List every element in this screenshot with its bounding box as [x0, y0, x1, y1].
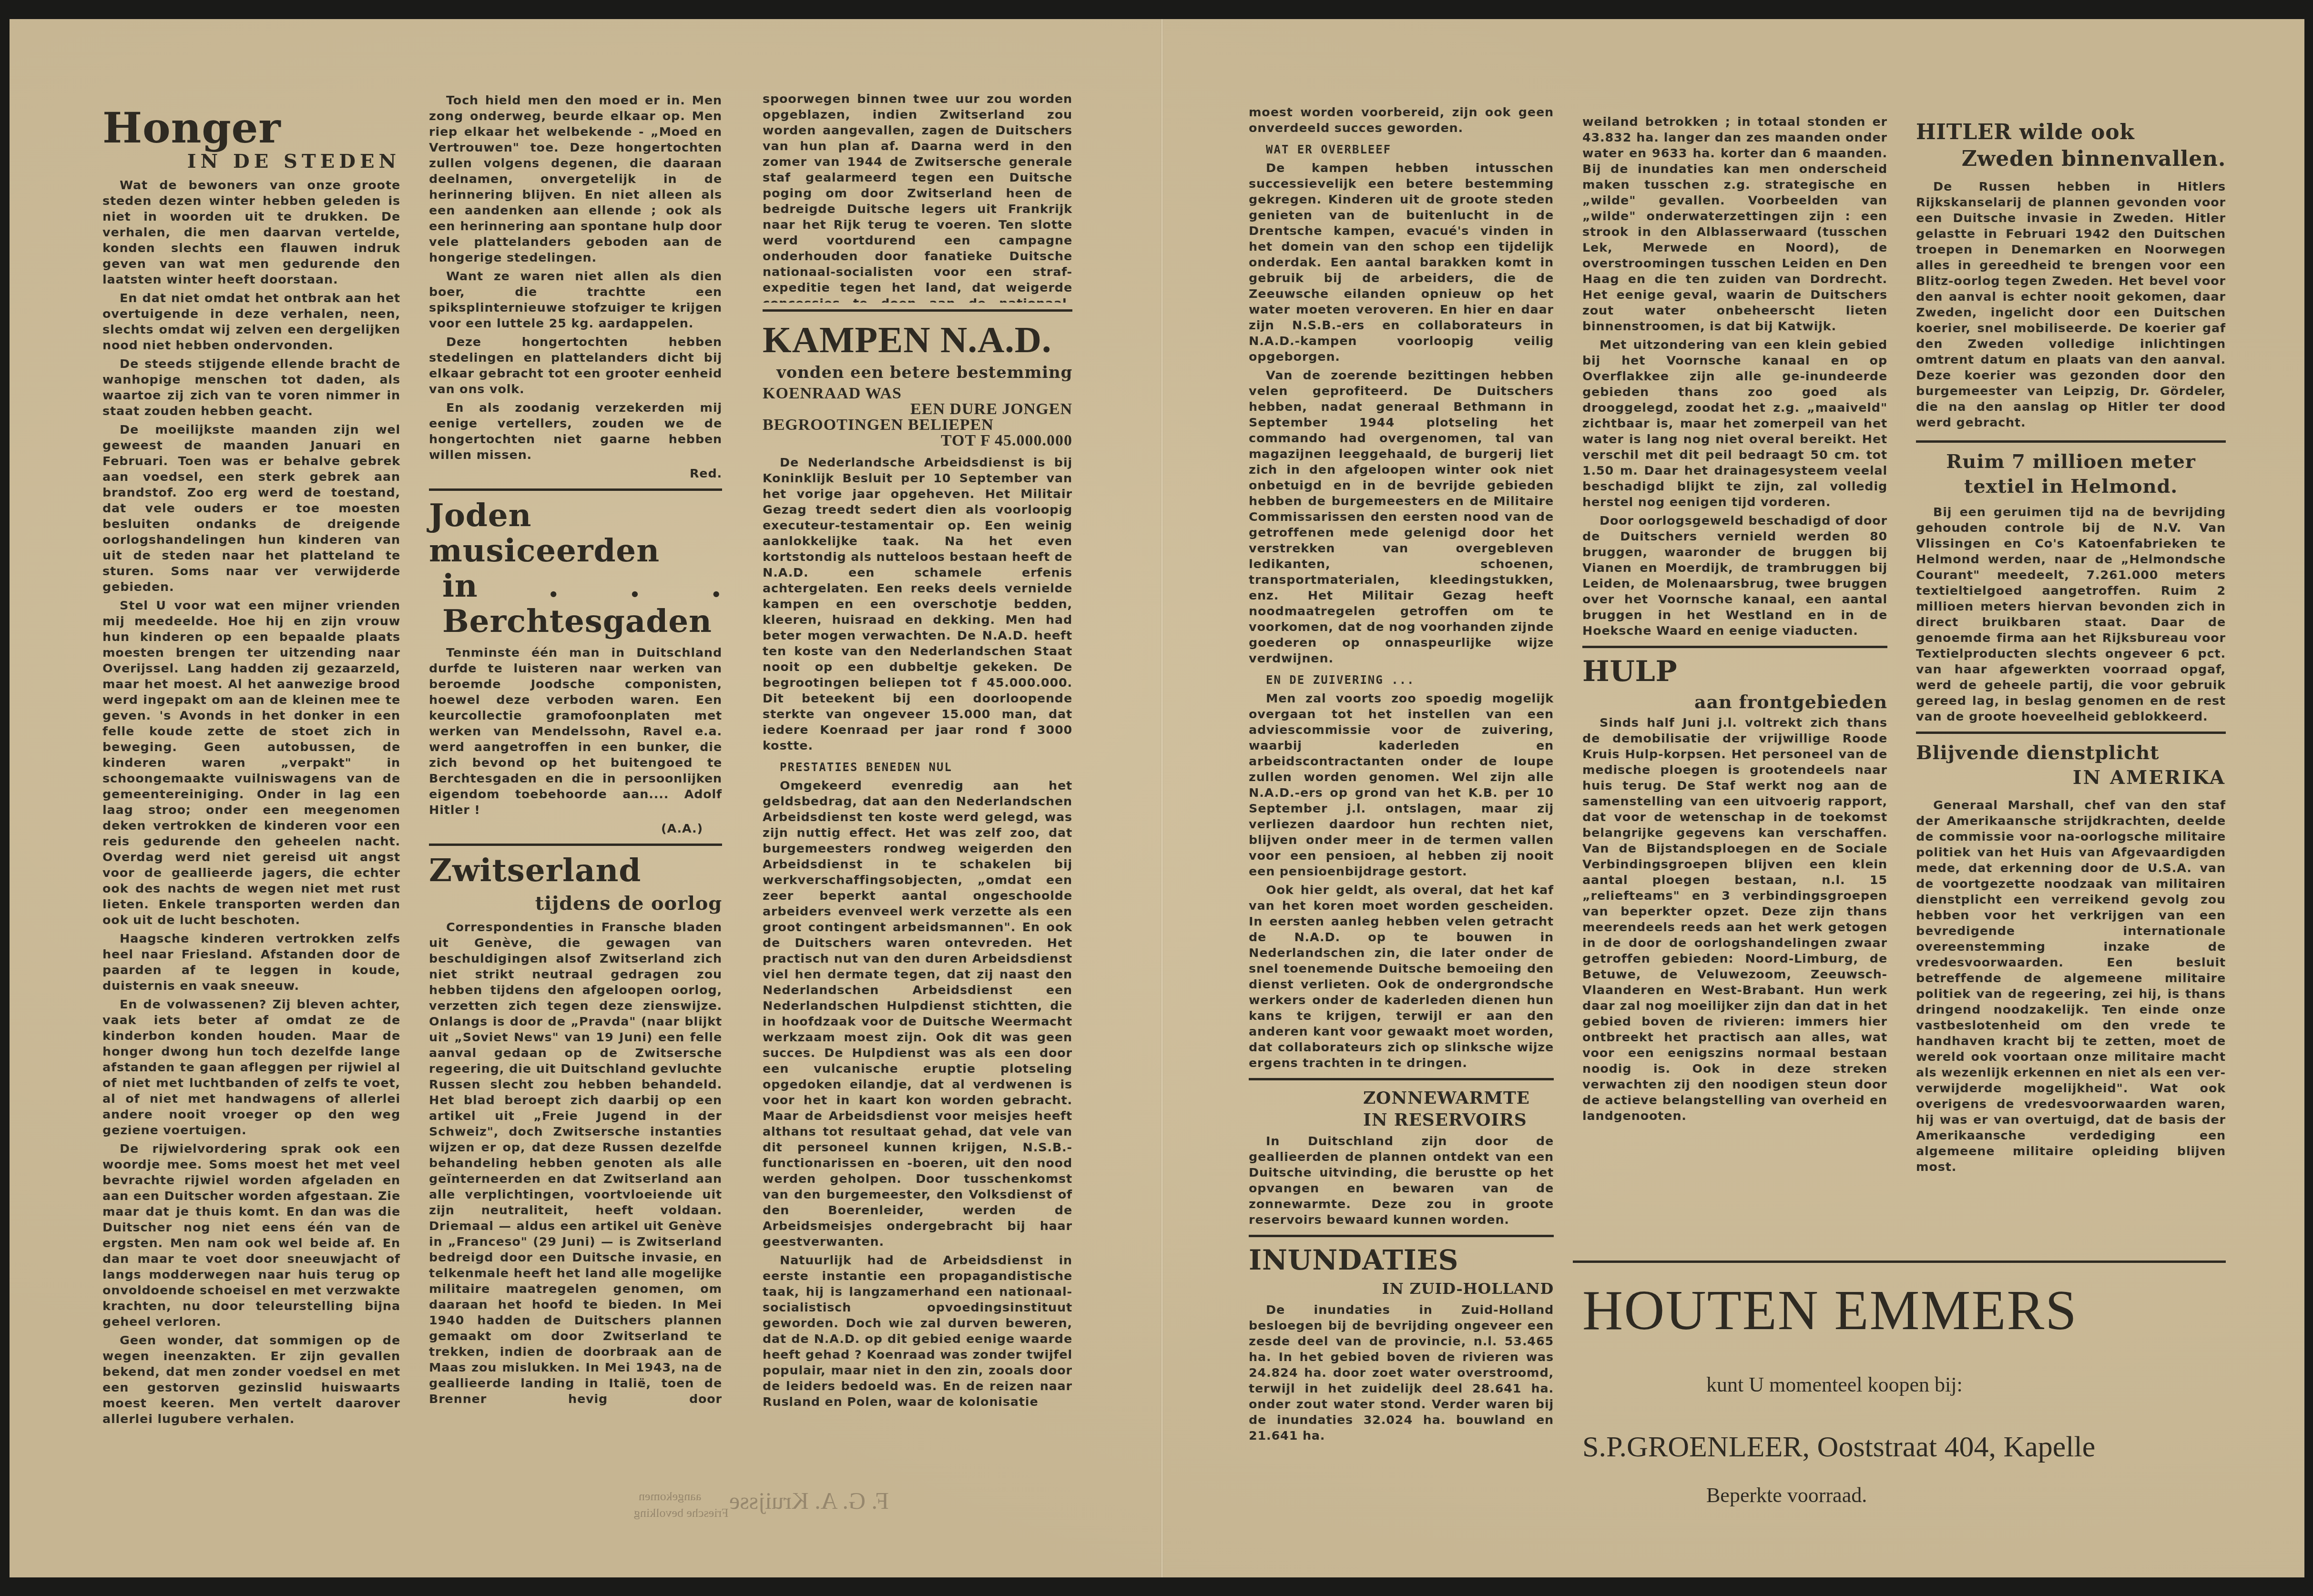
subheadline-in-de-steden: IN DE STEDEN: [102, 153, 400, 169]
paragraph: Sinds half Juni j.l. voltrekt zich thans…: [1582, 715, 1887, 1124]
headline-zonnewarmte: ZONNEWARMTE IN RESERVOIRS: [1249, 1087, 1554, 1131]
paragraph: Tenminste één man in Duitschland durfde …: [429, 645, 722, 818]
paragraph: De Nederlandsche Arbeidsdienst is bij Ko…: [763, 455, 1072, 754]
paragraph: Geen wonder, dat sommigen op de wegen in…: [102, 1333, 400, 1427]
paragraph: Wat de bewoners van onze groote steden d…: [102, 178, 400, 288]
stamp-bleedthrough: F. G. A. Kruijsse: [729, 1487, 889, 1515]
divider: [1916, 440, 2226, 443]
paragraph: Generaal Marshall, chef van den staf der…: [1916, 798, 2226, 1175]
subhead-prestaties-beneden-nul: PRESTATIES BENEDEN NUL: [780, 760, 1072, 775]
subhead-en-de-zuivering: EN DE ZUIVERING ...: [1266, 672, 1554, 688]
advertisement-houten-emmers: HOUTEN EMMERS kunt U momenteel koopen bi…: [1573, 1261, 2226, 1507]
deck-line-3: BEGROOTINGEN BELIEPEN: [763, 417, 1072, 433]
divider: [1249, 1078, 1554, 1080]
divider: [1573, 1261, 2226, 1263]
paragraph: Van de zoerende bezittingen hebben velen…: [1249, 368, 1554, 667]
deck-line-4: TOT F 45.000.000: [763, 433, 1072, 448]
divider: [1249, 1235, 1554, 1237]
headline-hitler-line1: HITLER wilde ook: [1916, 119, 2226, 146]
headline-joden-line1: Joden musiceerden: [429, 498, 722, 568]
headline-inundaties: INUNDATIES: [1249, 1244, 1554, 1276]
headline-zwitserland: Zwitserland: [429, 853, 722, 888]
paragraph: weiland betrokken ; in totaal stonden er…: [1582, 114, 1887, 335]
stamp-bleedthrough: aangekomen: [639, 1489, 701, 1504]
paragraph: Bij een geruimen tijd na de bevrijding g…: [1916, 505, 2226, 725]
paragraph: Want ze waren niet allen als dien boer, …: [429, 269, 722, 332]
paragraph: Omgekeerd evenredig aan het geldsbedrag,…: [763, 778, 1072, 1250]
column-4: moest worden voorbereid, zijn ook geen o…: [1249, 105, 1554, 1447]
ad-merchant: S.P.GROENLEER, Ooststraat 404, Kapelle: [1573, 1430, 2226, 1464]
deck-line-1: KOENRAAD WAS: [763, 386, 1072, 401]
paragraph: In Duitschland zijn door de geallieerden…: [1249, 1134, 1554, 1228]
headline-honger: Honger: [102, 105, 400, 151]
signature-aa: (A.A.): [429, 821, 722, 837]
divider: [1916, 732, 2226, 734]
divider: [763, 309, 1072, 312]
subheadline-tijdens-de-oorlog: tijdens de oorlog: [429, 895, 722, 911]
paragraph: De inundaties in Zuid-Holland besloegen …: [1249, 1302, 1554, 1444]
paragraph: Haagsche kinderen vertrokken zelfs heel …: [102, 931, 400, 994]
paragraph: Ook hier geldt, als overal, dat het kaf …: [1249, 883, 1554, 1071]
paragraph: Natuurlijk had de Arbeidsdienst in eerst…: [763, 1253, 1072, 1410]
paragraph: Met uitzondering van een klein gebied bi…: [1582, 337, 1887, 510]
paragraph-tail: Correspondenties in Fransche bladen uit …: [763, 93, 1072, 303]
headline-joden-line2: in . . . Berchtesgaden: [429, 568, 722, 639]
paragraph: Door oorlogsgeweld beschadigd of door de…: [1582, 513, 1887, 639]
divider: [429, 844, 722, 846]
paragraph: De steeds stijgende ellende bracht de wa…: [102, 356, 400, 419]
column-6: HITLER wilde ook Zweden binnenvallen. De…: [1916, 119, 2226, 1178]
headline-dienstplicht-line2: IN AMERIKA: [1916, 765, 2226, 790]
paragraph: moest worden voorbereid, zijn ook geen o…: [1249, 105, 1554, 136]
paragraph: En als zoodanig verzekerden mij eenige v…: [429, 400, 722, 463]
column-1: Honger IN DE STEDEN Wat de bewoners van …: [102, 105, 400, 1430]
paragraph: De kampen hebben intusschen successievel…: [1249, 161, 1554, 365]
paragraph: Deze hongertochten hebben stedelingen en…: [429, 335, 722, 397]
paragraph: Men zal voorts zoo spoedig mogelijk over…: [1249, 691, 1554, 880]
ad-note: Beperkte voorraad.: [1573, 1483, 2226, 1507]
column-3: Correspondenties in Fransche bladen uit …: [763, 93, 1072, 1413]
divider: [1582, 646, 1887, 648]
center-fold: [1161, 19, 1163, 1577]
stamp-bleedthrough: Friesche bevolking: [634, 1506, 729, 1520]
column-2: Toch hield men den moed er in. Men zong …: [429, 93, 722, 1409]
newspaper-sheet: Honger IN DE STEDEN Wat de bewoners van …: [10, 19, 2304, 1577]
paragraph: Toch hield men den moed er in. Men zong …: [429, 93, 722, 266]
paragraph: Stel U voor wat een mijner vrienden mij …: [102, 598, 400, 928]
subhead-wat-er-overbleef: WAT ER OVERBLEEF: [1266, 142, 1554, 158]
paragraph: De rijwielvordering sprak ook een woordj…: [102, 1141, 400, 1330]
paragraph: De Russen hebben in Hitlers Rijkskansela…: [1916, 179, 2226, 431]
paragraph: En dat niet omdat het ontbrak aan het ov…: [102, 291, 400, 354]
paragraph: Correspondenties in Fransche bladen uit …: [763, 93, 1072, 303]
signature-red: Red.: [429, 466, 722, 482]
paragraph: De moeilijkste maanden zijn wel geweest …: [102, 422, 400, 595]
column-5: weiland betrokken ; in totaal stonden er…: [1582, 114, 1887, 1127]
ad-line: kunt U momenteel koopen bij:: [1573, 1372, 2226, 1397]
headline-hulp: HULP: [1582, 655, 1887, 688]
subheadline-frontgebieden: aan frontgebieden: [1582, 694, 1887, 710]
headline-hitler-line2: Zweden binnenvallen.: [1916, 146, 2226, 173]
subheadline-betere-bestemming: vonden een betere bestemming: [763, 365, 1072, 381]
deck-line-2: EEN DURE JONGEN: [763, 401, 1072, 417]
subheadline-zuid-holland: IN ZUID-HOLLAND: [1249, 1281, 1554, 1297]
headline-textiel-line1: Ruim 7 millioen meter: [1916, 449, 2226, 474]
divider: [429, 488, 722, 491]
ad-headline: HOUTEN EMMERS: [1573, 1282, 2226, 1339]
paragraph: Correspondenties in Fransche bladen uit …: [429, 920, 722, 1406]
headline-textiel-line2: textiel in Helmond.: [1916, 474, 2226, 499]
headline-kampen-nad: KAMPEN N.A.D.: [763, 318, 1072, 361]
headline-dienstplicht-line1: Blijvende dienstplicht: [1916, 741, 2226, 765]
paragraph: En de volwassenen? Zij bleven achter, va…: [102, 997, 400, 1139]
